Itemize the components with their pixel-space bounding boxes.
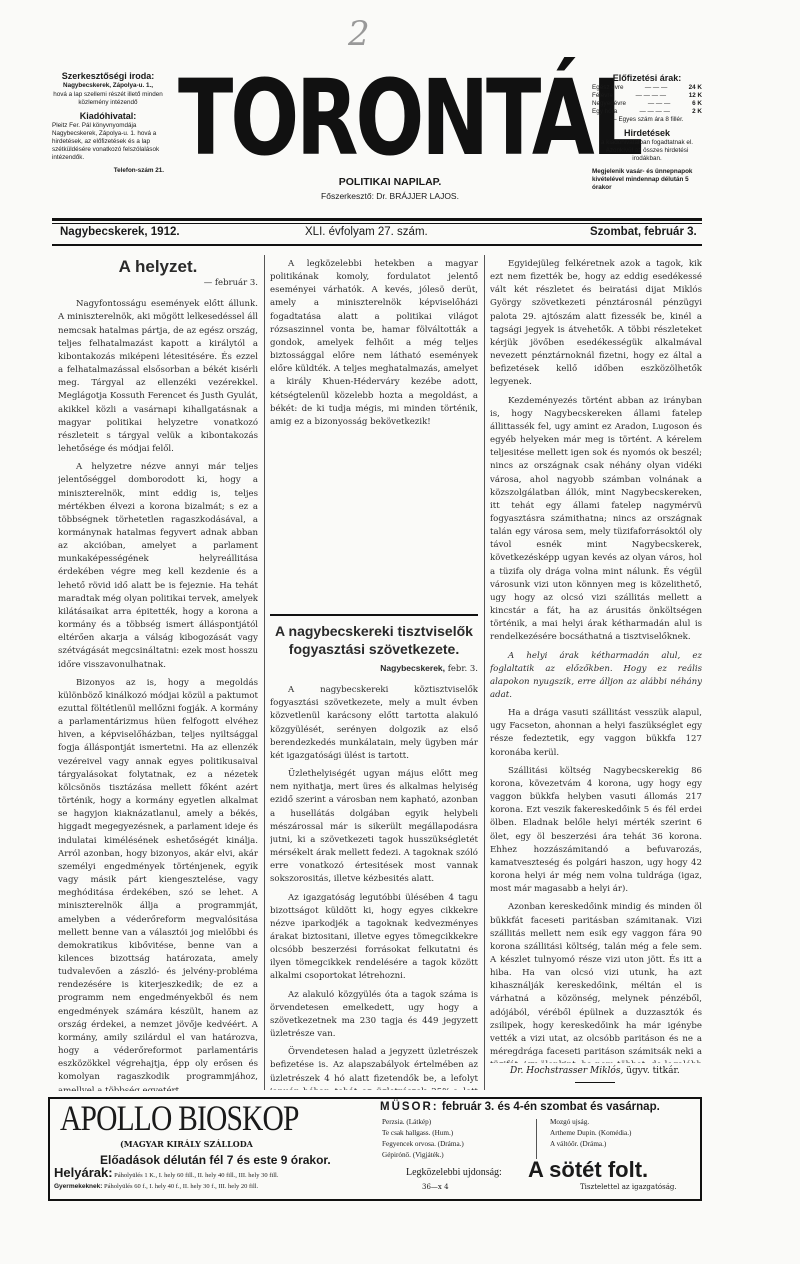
article-paragraph: Nagyfontosságu események előtt állunk. A…: [58, 298, 258, 456]
publication-schedule: Megjelenik vasár- és ünnepnapok kivételé…: [592, 168, 702, 192]
cinema-name: APOLLO BIOSKOP: [60, 1097, 299, 1139]
article-paragraph: Ha a drága vasuti szállitást vesszük ala…: [490, 707, 702, 760]
signature-rule: [575, 1082, 615, 1083]
masthead-right-info: Előfizetési árak: Egész évre— — —24 K Fé…: [592, 74, 702, 197]
masthead-rule-thin: [52, 223, 702, 224]
program-item: A váltóőr. (Dráma.): [550, 1139, 631, 1150]
article-paragraph: Örvendetesen halad a jegyzett üzletrésze…: [270, 1046, 478, 1090]
price-row: Negyedévre— — —6 K: [592, 100, 702, 108]
article-paragraph: Szállitási költség Nagybecskerekig 86 ko…: [490, 765, 702, 897]
article-szovetkezet: A nagybecskereki tisztviselők fogyasztás…: [270, 622, 478, 1090]
article-signature: Dr. Hochstrasser Miklós, ügyv. titkár.: [510, 1066, 680, 1076]
program-item: Artheme Dupin. (Komédia.): [550, 1128, 631, 1139]
cinema-showtimes: Előadások délután fél 7 és este 9 órakor…: [100, 1153, 331, 1167]
apollo-bioskop-advertisement: APOLLO BIOSKOP (MAGYAR KIRÁLY SZÁLLODA E…: [48, 1097, 702, 1201]
article-paragraph: Az igazgatóság legutóbbi ülésében 4 tagu…: [270, 892, 478, 984]
subscription-prices-heading: Előfizetési árak:: [592, 74, 702, 82]
article-title: A nagybecskereki tisztviselők fogyasztás…: [270, 622, 478, 658]
masthead-left-info: Szerkesztőségi iroda: Nagybecskerek, Záp…: [52, 72, 164, 180]
cinema-venue: (MAGYAR KIRÁLY SZÁLLODA: [120, 1139, 253, 1149]
dateline-rule: [52, 244, 702, 246]
ad-code: 36—x 4: [422, 1183, 449, 1191]
column-divider: [484, 255, 485, 1090]
single-copy-price: — Egyes szám ára 8 fillér.: [592, 116, 702, 124]
article-helyzet: A helyzet. — február 3. Nagyfontosságu e…: [58, 256, 258, 1091]
ads-heading: Hirdetések: [592, 129, 702, 137]
publisher-text: Pleitz Fer. Pál könyvnyomdája Nagybecske…: [52, 122, 164, 162]
article-szovetkezet-continued: Egyidejüleg felkéretnek azok a tagok, ki…: [490, 258, 702, 1063]
publisher-heading: Kiadóhivatal:: [52, 112, 164, 120]
price-row: Egy hóra— — — —2 K: [592, 108, 702, 116]
newspaper-subtitle: POLITIKAI NAPILAP.: [270, 176, 510, 188]
handwritten-mark: 2: [348, 14, 370, 54]
article-paragraph: Üzlethelyiségét ugyan május előtt meg ne…: [270, 768, 478, 886]
chief-editor: Főszerkesztő: Dr. BRÁJJER LAJOS.: [270, 191, 510, 201]
article-paragraph: A helyzetre nézve annyi már teljes jelen…: [58, 461, 258, 672]
program-item: Gépirónő. (Vigjáték.): [382, 1150, 464, 1161]
article-paragraph: Azonban kereskedőink mindig és minden öl…: [490, 901, 702, 1063]
ad-closing: Tisztelettel az igazgatóság.: [580, 1183, 677, 1191]
program-item: Mozgó ujság.: [550, 1117, 631, 1128]
article-paragraph: Egyidejüleg felkéretnek azok a tagok, ki…: [490, 258, 702, 390]
office-address: Nagybecskerek, Zápolya-u. 1.,: [52, 82, 164, 90]
masthead-rule-top: [52, 218, 702, 221]
article-paragraph: Kezdeményezés történt abban az irányban …: [490, 395, 702, 645]
article-title: A helyzet.: [58, 260, 258, 273]
program-list-right: Mozgó ujság. Artheme Dupin. (Komédia.) A…: [550, 1117, 631, 1150]
office-note: hová a lap szellemi részét illető minden…: [52, 91, 164, 107]
dateline-volume: XLI. évfolyam 27. szám.: [305, 226, 428, 238]
upcoming-label: Legközelebbi ujdonság:: [406, 1167, 502, 1178]
article-dateline: Nagybecskerek, febr. 3.: [270, 662, 478, 676]
dateline-place-year: Nagybecskerek, 1912.: [60, 226, 180, 238]
article-separator: [270, 614, 478, 616]
article-paragraph: A helyi árak kétharmadán alul, ez foglal…: [490, 650, 702, 703]
program-heading: MÜSOR: február 3. és 4-én szombat és vas…: [380, 1101, 660, 1113]
program-item: Fegyencek orvosa. (Dráma.): [382, 1139, 464, 1150]
phone-number: Telefon-szám 21.: [52, 167, 164, 175]
ticket-prices: Helyárak: Páholyülés 1 K., I. hely 60 fi…: [54, 1167, 278, 1192]
office-heading: Szerkesztőségi iroda:: [52, 72, 164, 80]
ads-text: a kiadóhivatalban fogadtatnak el. Azonkí…: [592, 139, 702, 163]
article-paragraph: Az alakuló közgyülés óta a tagok száma i…: [270, 989, 478, 1042]
article-date: — február 3.: [58, 277, 258, 290]
upcoming-title: A sötét folt.: [528, 1157, 648, 1183]
article-helyzet-continued: A legközelebbi hetekben a magyar politik…: [270, 258, 478, 603]
column-divider: [264, 255, 265, 1090]
program-list-left: Perzsia. (Látkép) Te csak hallgass. (Hum…: [382, 1117, 464, 1161]
article-paragraph: Bizonyos az is, hogy a megoldás különböz…: [58, 677, 258, 1091]
price-row: Egész évre— — —24 K: [592, 84, 702, 92]
price-row: Félévre— — — —12 K: [592, 92, 702, 100]
program-divider: [536, 1119, 537, 1159]
program-item: Perzsia. (Látkép): [382, 1117, 464, 1128]
dateline-date: Szombat, február 3.: [590, 226, 697, 238]
article-paragraph: A nagybecskereki köztisztviselők fogyasz…: [270, 684, 478, 763]
program-item: Te csak hallgass. (Hum.): [382, 1128, 464, 1139]
article-paragraph: A legközelebbi hetekben a magyar politik…: [270, 258, 478, 429]
newspaper-title-logo: TORONTÁL: [178, 68, 640, 168]
